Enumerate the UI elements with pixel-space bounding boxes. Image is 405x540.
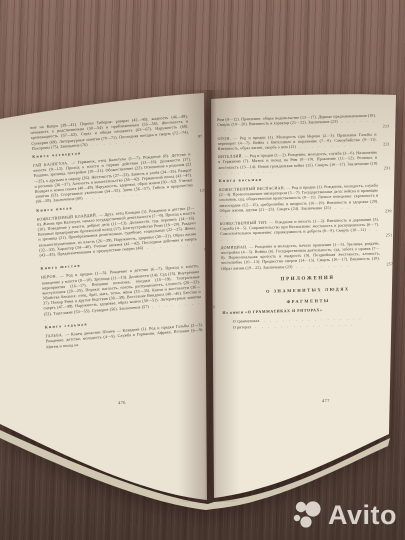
chapter-name: БОЖЕСТВЕННЫЙ ТИТ.	[220, 220, 270, 226]
appendix-heading: ПРИЛОЖЕНИЯ	[222, 274, 394, 285]
entry-page-number: 239	[385, 209, 392, 214]
chapter-name: ВИТЕЛЛИЙ.	[218, 153, 244, 159]
chapter-name: ГАЙ КАЛИГУЛА.	[33, 160, 72, 168]
appendix-item-label: О риторах	[233, 324, 252, 330]
left-page-text: ние на Капри (39—41). Пороки Тиберия: ра…	[30, 112, 217, 352]
entry-page-number: 97	[198, 134, 203, 139]
entry-page-number: 221	[383, 142, 390, 147]
toc-entry: БОЖЕСТВЕННЫЙ ТИТ. — Рождение и юность (1…	[220, 216, 393, 242]
avito-logo-dots-icon	[291, 498, 325, 532]
dot-leader: . . . . . . . . .	[220, 227, 379, 242]
toc-entry: ОТОН. — Род и предки (1). Молодость при …	[218, 131, 390, 151]
chapter-name: ДОМИЦИАН.	[221, 244, 250, 250]
right-folio-number: 477	[322, 398, 330, 403]
chapter-name: ОТОН.	[218, 135, 234, 140]
entry-page-number: 257	[386, 261, 393, 266]
entry-page-number: 183	[208, 304, 215, 310]
chapter-name: БОЖЕСТВЕННЫЙ ВЕСПАСИАН.	[219, 185, 287, 192]
appendix-heading: ФРАГМЕНТЫ	[222, 296, 394, 306]
chapter-name: ГАЛЬБА.	[45, 332, 65, 338]
toc-entry: НЕРОН. — Род и предки (1—5). Рождение и …	[41, 262, 215, 321]
entry-page-number: 251	[386, 232, 393, 237]
dot-leader: . . . . . . . . .	[82, 191, 140, 200]
entry-page-number: 159	[204, 246, 211, 252]
avito-watermark: Avito	[291, 498, 397, 532]
entry-page-number: 213	[383, 123, 390, 128]
toc-entry: ВИТЕЛЛИЙ. — Род и предки (1—2). Рождение…	[218, 149, 391, 175]
chapter-name: НЕРОН.	[41, 274, 60, 280]
dot-leader: . . . . . . . . .	[87, 137, 145, 146]
toc-entry: БОЖЕСТВЕННЫЙ КЛАВДИЙ. — Друз, отец Клавд…	[37, 204, 211, 263]
dot-leader: . . . . . . . . .	[296, 142, 354, 149]
toc-entry: БОЖЕСТВЕННЫЙ ВЕСПАСИАН. — Род и предки (…	[219, 182, 392, 218]
toc-entry: ДОМИЦИАН. — Рождение и молодость, начало…	[221, 240, 394, 271]
toc-entry: ГАЙ КАЛИГУЛА. — Германик, отец Калигулы …	[33, 150, 207, 204]
dot-leader: . . . . . . . . .	[220, 203, 379, 218]
right-page-text: Рим (9—12). Правление, общее недовольств…	[217, 112, 395, 330]
appendix-heading: О ЗНАМЕНИТЫХ ЛЮДЯХ	[222, 285, 394, 295]
entry-page-number: 131	[199, 187, 206, 193]
dot-leader: . . . . . . . . .	[292, 262, 350, 269]
entry-page-number: 231	[384, 165, 391, 170]
chapter-name: БОЖЕСТВЕННЫЙ КЛАВДИЙ.	[37, 212, 99, 222]
avito-wordmark: Avito	[328, 500, 397, 531]
left-folio-number: 476	[118, 400, 126, 406]
marketplace-photo: { "scene": { "description": "photo of an…	[0, 0, 405, 540]
dot-leader: . . . . . . . . .	[217, 118, 376, 133]
dot-leader: . . . . . . . . .	[218, 168, 273, 175]
appendix-item-label: О грамматиках	[233, 317, 260, 323]
